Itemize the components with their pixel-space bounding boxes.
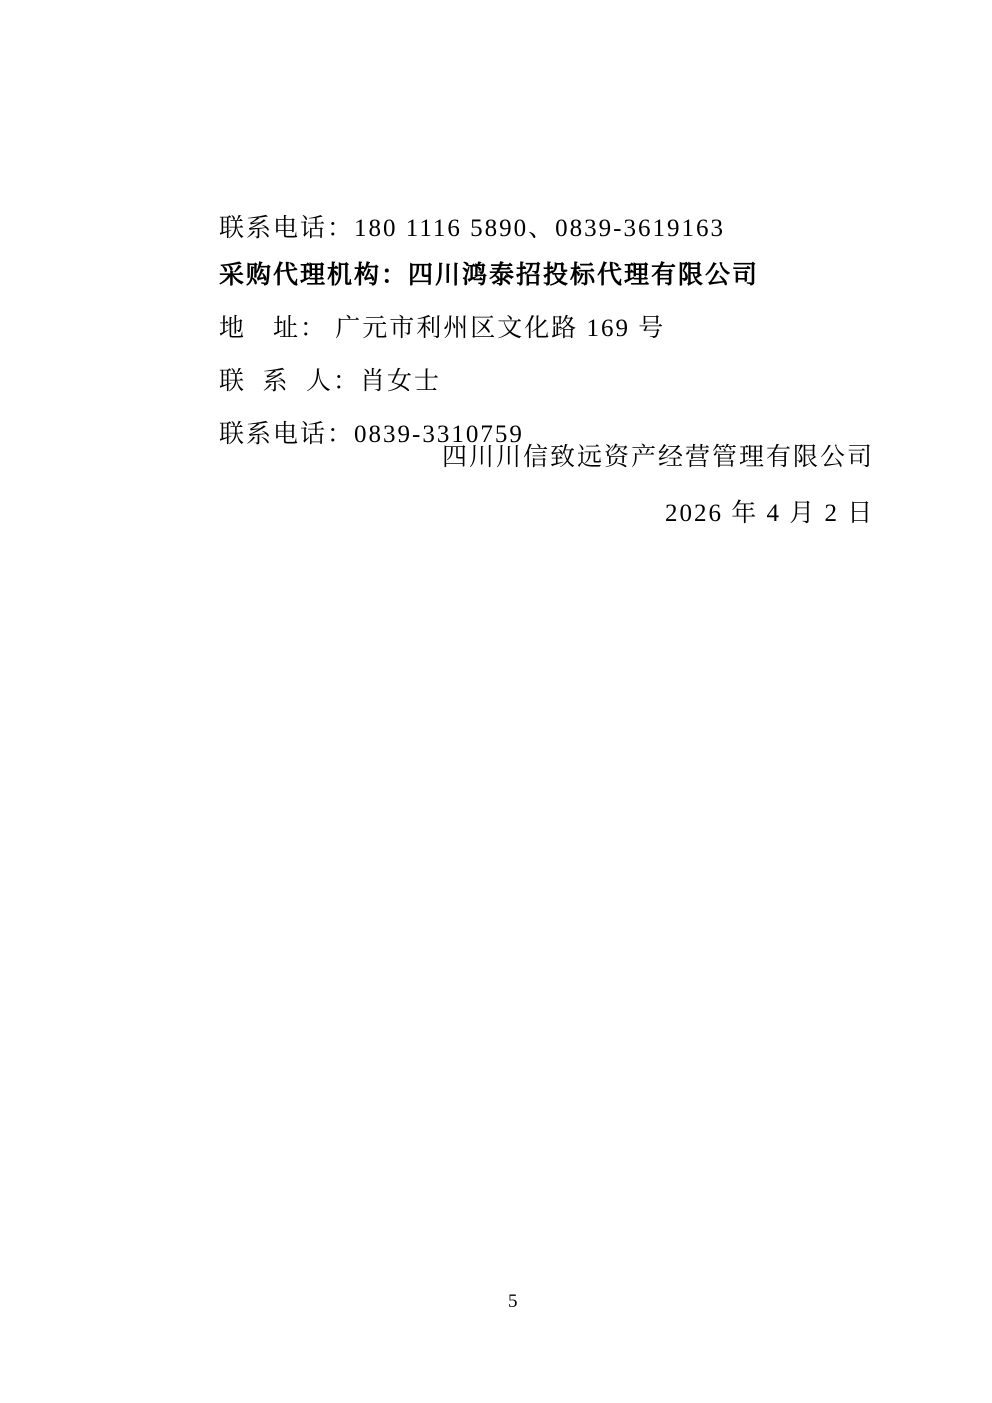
document-page: 联系电话：180 1116 5890、0839-3619163 采购代理机构：四… [0,0,992,1403]
agency-phone-label: 联系电话： [219,421,354,448]
page-number: 5 [508,1291,518,1313]
signature-company: 四川川信致远资产经营管理有限公司 [442,443,874,473]
signature-date: 2026 年 4 月 2 日 [665,499,874,529]
